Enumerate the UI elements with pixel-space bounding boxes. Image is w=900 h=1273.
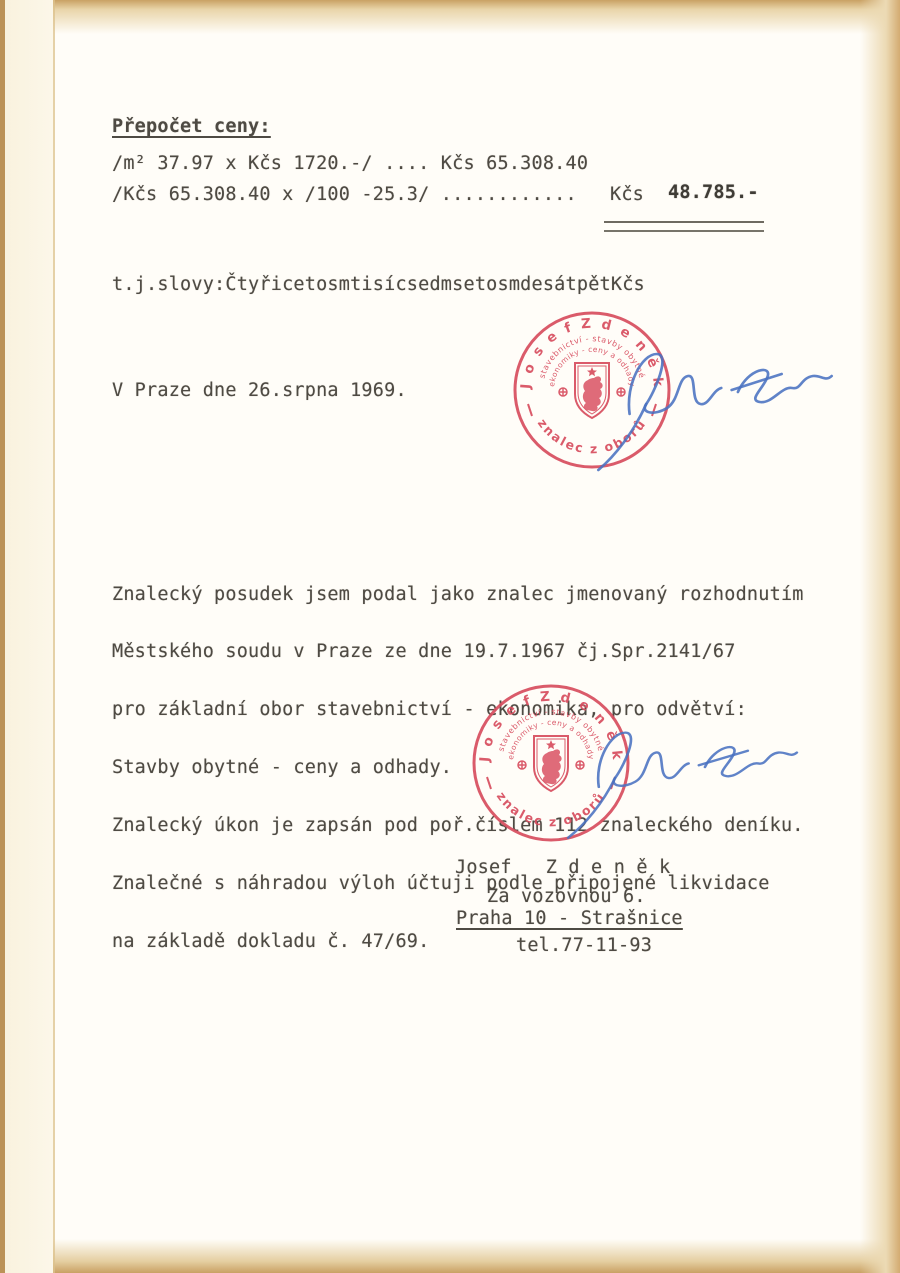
signer-name: Josef Z d e n ě k <box>455 857 670 878</box>
statement-line: Znalecký posudek jsem podal jako znalec … <box>112 585 804 604</box>
statement-line: na základě dokladu č. 47/69. <box>112 932 804 951</box>
signer-street: Za vozovnou 6. <box>487 886 646 907</box>
scan-edge-top <box>0 0 900 34</box>
paper-fold-line <box>53 0 55 1273</box>
statement-line: Městského soudu v Praze ze dne 19.7.1967… <box>112 642 804 661</box>
calc-line-1: /m² 37.97 x Kčs 1720.-/ .... Kčs 65.308.… <box>112 153 588 174</box>
calc-line-2-expression: /Kčs 65.308.40 x /100 -25.3/ ...........… <box>112 184 577 205</box>
scan-edge-bottom <box>0 1239 900 1273</box>
amount-in-words: t.j.slovy:Čtyřicetosmtisícsedmsetosmdesá… <box>112 274 645 295</box>
stamp-ring-dash-left <box>487 777 491 789</box>
calc-line-2-currency: Kčs <box>610 184 644 205</box>
star-icon <box>546 740 556 749</box>
signer-phone: tel.77-11-93 <box>516 935 652 956</box>
calc-total-amount: 48.785.- <box>668 182 759 203</box>
stamp-ring-dash-left <box>528 404 532 416</box>
place-and-date: V Praze dne 26.srpna 1969. <box>112 380 407 401</box>
signature <box>560 700 805 845</box>
signature <box>590 318 840 478</box>
paper-margin-strip <box>5 0 53 1273</box>
scanned-document-page: Přepočet ceny: /m² 37.97 x Kčs 1720.-/ .… <box>0 0 900 1273</box>
lion-icon <box>542 749 562 784</box>
scan-edge-right <box>860 0 900 1273</box>
section-heading: Přepočet ceny: <box>112 116 271 137</box>
signer-city: Praha 10 - Strašnice <box>456 908 683 929</box>
total-double-underline <box>604 221 764 232</box>
